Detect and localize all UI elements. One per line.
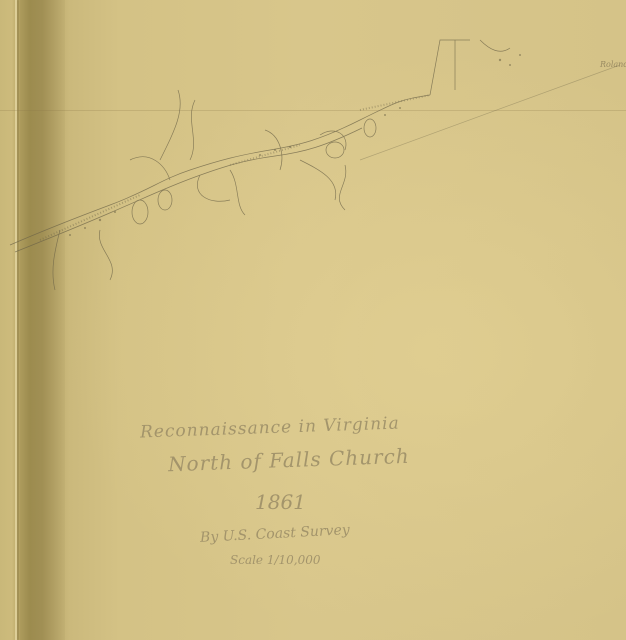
road-sketch <box>0 0 626 640</box>
main-road <box>10 95 430 245</box>
map-label-roland: Roland <box>600 60 626 69</box>
map-sheet: Roland Reconnaissance in Virginia North … <box>0 0 626 640</box>
title-year: 1861 <box>255 490 306 514</box>
title-scale: Scale 1/10,000 <box>230 553 321 567</box>
